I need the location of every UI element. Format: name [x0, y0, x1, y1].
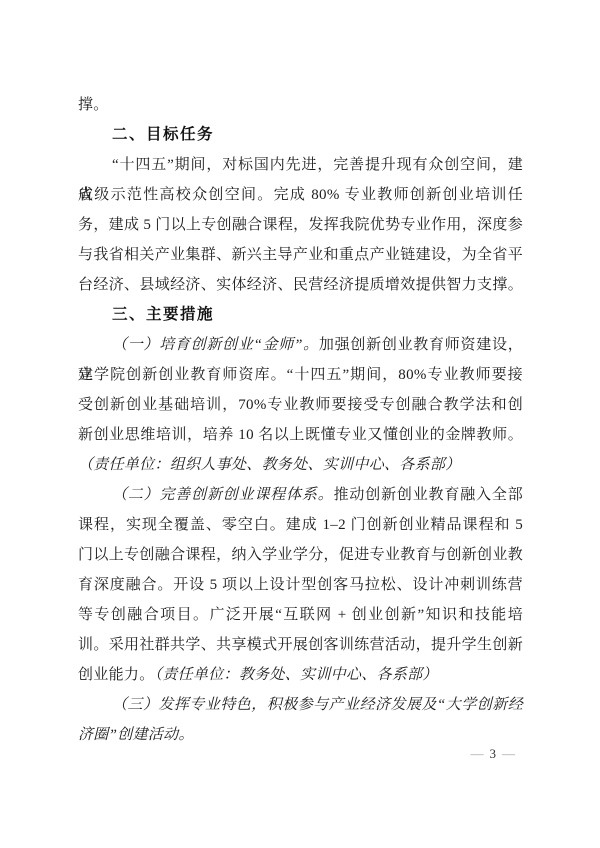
page-number-value: 3	[486, 746, 503, 761]
item-2-title: （二）完善创新创业课程体系。	[112, 487, 334, 503]
body-line: （一）培育创新创业“金师”。加强创新创业教育师资建设，建	[78, 330, 523, 360]
item-3-title-line: 济圈”创建活动。	[78, 720, 523, 750]
body-line: 立学院创新创业教育师资库。“十四五”期间，80%专业教师要接	[78, 360, 523, 390]
body-line: 训。采用社群共学、共享模式开展创客训练营活动，提升学生创新	[78, 630, 523, 660]
document-page: 撑。 二、目标任务 “十四五”期间，对标国内先进，完善提升现有众创空间，建成 省…	[0, 0, 600, 848]
document-body: 撑。 二、目标任务 “十四五”期间，对标国内先进，完善提升现有众创空间，建成 省…	[78, 90, 523, 750]
item-1-title: （一）培育创新创业“金师”。	[112, 337, 319, 353]
responsible-unit-line: 创业能力。（责任单位：教务处、实训中心、各系部）	[78, 660, 523, 690]
body-line: 与我省相关产业集群、新兴主导产业和重点产业链建设，为全省平	[78, 240, 523, 270]
body-line: “十四五”期间，对标国内先进，完善提升现有众创空间，建成	[78, 150, 523, 180]
responsible-unit: （责任单位：教务处、实训中心、各系部）	[155, 667, 438, 683]
page-number-dash-left: —	[471, 746, 486, 761]
body-line: （二）完善创新创业课程体系。推动创新创业教育融入全部	[78, 480, 523, 510]
paragraph-end-line: 撑。	[78, 90, 523, 120]
section-heading-measures: 三、主要措施	[78, 300, 523, 330]
item-3-title-line: （三）发挥专业特色，积极参与产业经济发展及“大学创新经	[78, 690, 523, 720]
page-number-dash-right: —	[502, 746, 517, 761]
body-line: 新创业思维培训，培养 10 名以上既懂专业又懂创业的金牌教师。	[78, 420, 523, 450]
body-line: 台经济、县域经济、实体经济、民营经济提质增效提供智力支撑。	[78, 270, 523, 300]
body-line: 门以上专创融合课程，纳入学业学分，促进专业教育与创新创业教	[78, 540, 523, 570]
body-text: 推动创新创业教育融入全部	[334, 487, 523, 503]
body-text: 创业能力。	[78, 667, 155, 683]
body-line: 省级示范性高校众创空间。完成 80% 专业教师创新创业培训任	[78, 180, 523, 210]
body-line: 受创新创业基础培训，70%专业教师要接受专创融合教学法和创	[78, 390, 523, 420]
body-line: 等专创融合项目。广泛开展“互联网 + 创业创新”知识和技能培	[78, 600, 523, 630]
body-line: 育深度融合。开设 5 项以上设计型创客马拉松、设计冲刺训练营	[78, 570, 523, 600]
body-line: 课程，实现全覆盖、零空白。建成 1–2 门创新创业精品课程和 5	[78, 510, 523, 540]
section-heading-goals: 二、目标任务	[78, 120, 523, 150]
body-line: 务，建成 5 门以上专创融合课程，发挥我院优势专业作用，深度参	[78, 210, 523, 240]
page-number: —3—	[471, 744, 518, 764]
responsible-unit-line: （责任单位：组织人事处、教务处、实训中心、各系部）	[78, 450, 523, 480]
